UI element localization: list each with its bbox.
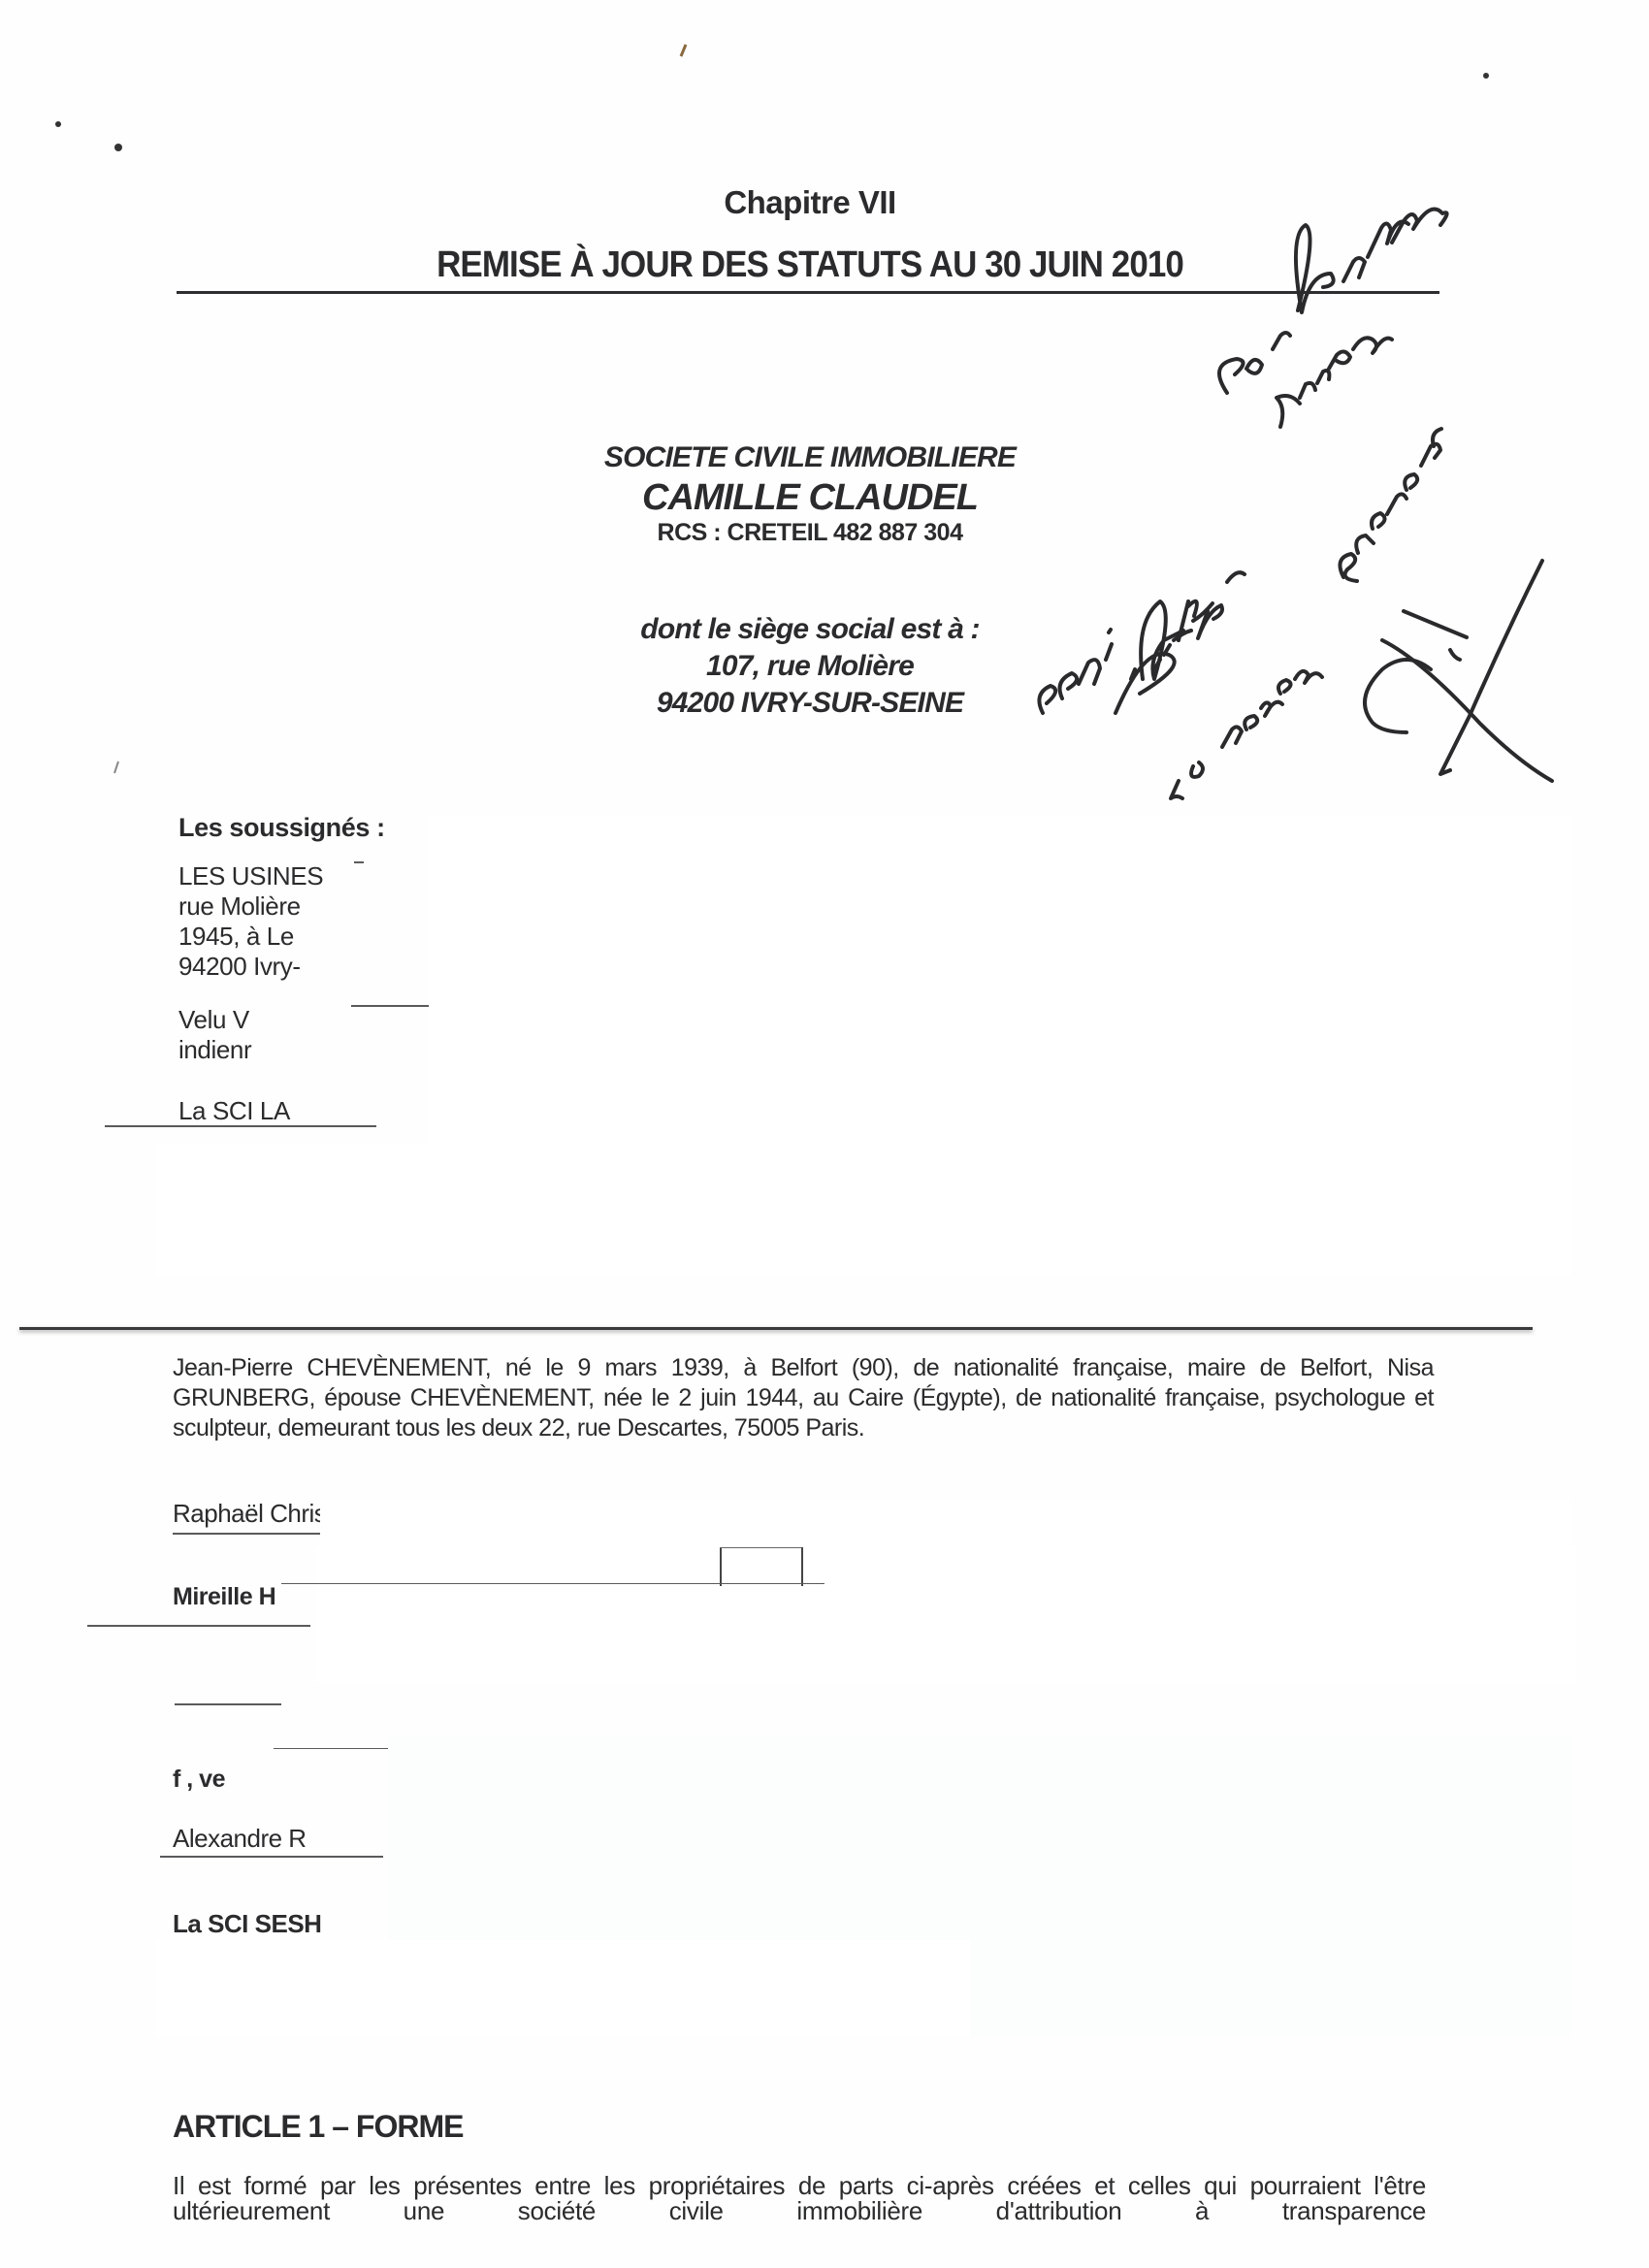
party-alexandre: Alexandre R bbox=[173, 1824, 307, 1854]
title-underline bbox=[177, 291, 1439, 294]
registered-office-street: 107, rue Molière bbox=[0, 650, 1620, 683]
article-1-text: Il est formé par les présentes entre les… bbox=[173, 2173, 1426, 2223]
party-sci-sesh: La SCI SESH bbox=[173, 1909, 321, 1939]
party-fragment: f , ve bbox=[173, 1766, 225, 1794]
party-line: indienr bbox=[178, 1035, 251, 1065]
party-line: La SCI LA bbox=[178, 1096, 290, 1126]
article-1-heading: ARTICLE 1 – FORME bbox=[173, 2109, 463, 2145]
party-velu: Velu V indienr bbox=[178, 1005, 251, 1065]
patch-edge bbox=[720, 1547, 801, 1548]
redaction-patch bbox=[315, 1547, 1576, 1683]
patch-edge bbox=[281, 1583, 824, 1584]
party-les-usines: LES USINES rue Molière 1945, à Le 94200 … bbox=[178, 861, 323, 982]
document-title: REMISE À JOUR DES STATUTS AU 30 JUIN 201… bbox=[65, 244, 1555, 286]
patch-edge bbox=[354, 861, 364, 863]
party-line: Velu V bbox=[178, 1005, 251, 1035]
company-type: SOCIETE CIVILE IMMOBILIERE bbox=[0, 441, 1620, 474]
party-line: rue Molière bbox=[178, 891, 323, 922]
page-fold-line bbox=[19, 1327, 1533, 1330]
signatories-label: Les soussignés : bbox=[178, 813, 385, 843]
party-mireille: Mireille H bbox=[173, 1583, 275, 1611]
patch-edge bbox=[274, 1748, 390, 1749]
patch-edge bbox=[87, 1625, 310, 1627]
party-line: 1945, à Le bbox=[178, 922, 323, 952]
patch-edge bbox=[801, 1547, 803, 1586]
party-sci-la: La SCI LA bbox=[178, 1096, 290, 1126]
party-line: 94200 Ivry- bbox=[178, 952, 323, 982]
company-name: CAMILLE CLAUDEL bbox=[0, 477, 1620, 519]
registered-office-city: 94200 IVRY-SUR-SEINE bbox=[0, 687, 1620, 720]
redaction-patch bbox=[155, 1940, 970, 2037]
patch-edge bbox=[175, 1703, 281, 1705]
registered-office-label: dont le siège social est à : bbox=[0, 613, 1620, 646]
patch-edge bbox=[105, 1125, 376, 1127]
party-line: LES USINES bbox=[178, 861, 323, 891]
redaction-patch bbox=[320, 1499, 1571, 1547]
redaction-patch bbox=[155, 1145, 1571, 1276]
chapter-heading: Chapitre VII bbox=[0, 184, 1620, 221]
patch-edge bbox=[720, 1547, 722, 1586]
patch-edge bbox=[351, 1005, 429, 1007]
party-chevenement-paragraph: Jean-Pierre CHEVÈNEMENT, né le 9 mars 19… bbox=[173, 1353, 1434, 1443]
rcs-number: RCS : CRETEIL 482 887 304 bbox=[0, 519, 1620, 547]
patch-edge bbox=[160, 1856, 383, 1858]
